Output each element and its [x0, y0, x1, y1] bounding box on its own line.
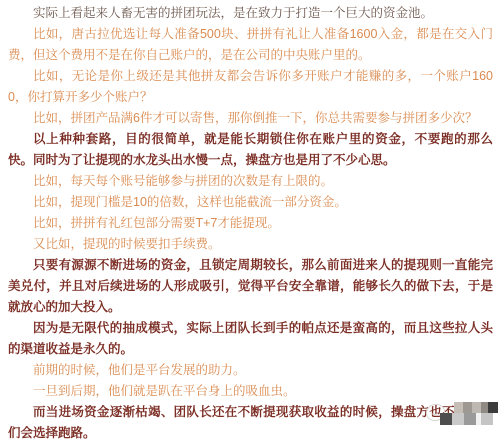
paragraph-example-accounts: 比如，无论是你上级还是其他拼友都会告诉你多开账户才能赚的多，一个账户1600，你…	[8, 66, 493, 108]
paragraph-intro: 实际上看起来人畜无害的拼团玩法，是在致力于打造一个巨大的资金池。	[8, 3, 493, 24]
paragraph-example-entry-fee: 比如，唐古拉优选让每人准备500块、拼拼有礼让人准备1600入金，都是在交入门费…	[8, 24, 493, 66]
paragraph-example-six-items: 比如，拼团产品满6件才可以寄售，那你倒推一下，你总共需要参与拼团多少次？	[8, 108, 493, 129]
paragraph-example-daily-limit: 比如，每天每个账号能够参与拼团的次数是有上限的。	[8, 171, 493, 192]
paragraph-example-threshold: 比如，提现门槛是10的倍数，这样也能截流一部分资金。	[8, 192, 493, 213]
article-body: 实际上看起来人畜无害的拼团玩法，是在致力于打造一个巨大的资金池。 比如，唐古拉优…	[0, 0, 500, 444]
paragraph-example-t7: 比如，拼拼有礼红包部分需要T+7才能提现。	[8, 213, 493, 234]
paragraph-emphasis-ponzi: 只要有源源不断进场的资金，且锁定周期较长，那么前面进来人的提现则一直能完美兑付，…	[8, 255, 493, 318]
paragraph-emphasis-run-away: 而当进场资金逐渐枯竭、团队长还在不断提现获取收益的时候，操盘方也不傻，他们会选择…	[8, 402, 493, 444]
paragraph-emphasis-lockup: 以上种种套路，目的很简单，就是能长期锁住你在账户里的资金，不要跑的那么快。同时为…	[8, 129, 493, 171]
paragraph-example-early-stage: 前期的时候，他们是平台发展的助力。	[8, 360, 493, 381]
paragraph-example-late-stage: 一旦到后期，他们就是趴在平台身上的吸血虫。	[8, 381, 493, 402]
paragraph-example-fee: 又比如，提现的时候要扣手续费。	[8, 234, 493, 255]
paragraph-emphasis-commission: 因为是无限代的抽成模式，实际上团队长到手的帕点还是蛮高的，而且这些拉人头的渠道收…	[8, 318, 493, 360]
